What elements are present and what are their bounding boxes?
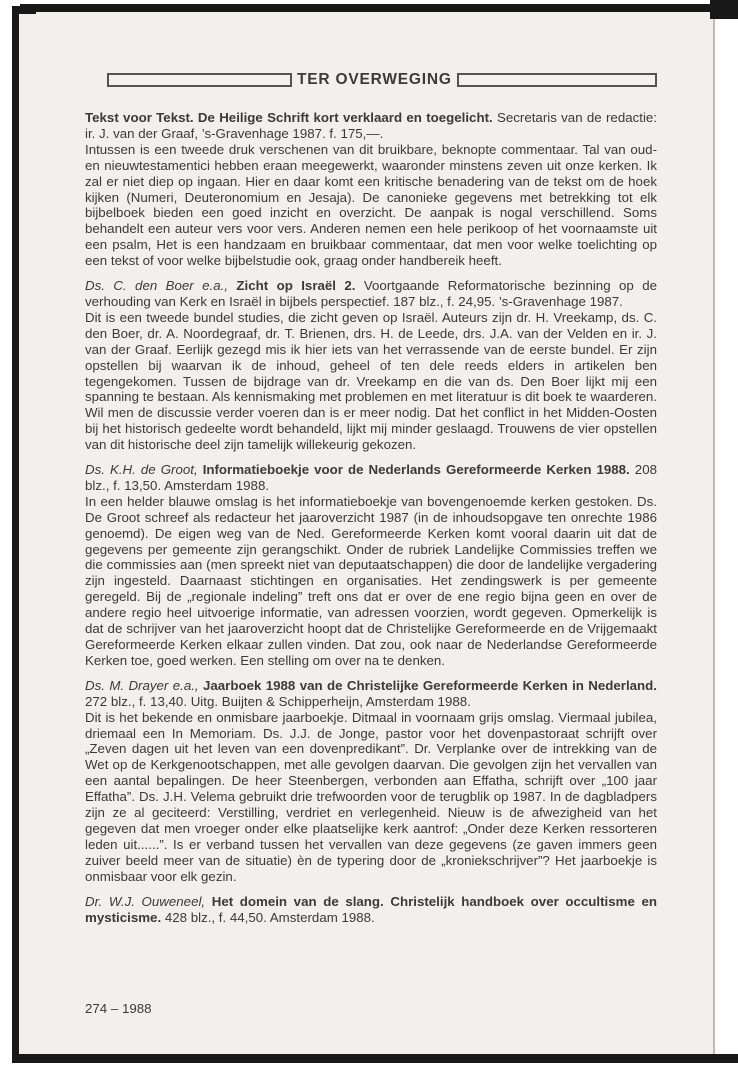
review-body: Intussen is een tweede druk verschenen v…: [85, 142, 657, 269]
citation-italic-run: Ds. M. Drayer e.a.,: [85, 678, 199, 693]
citation-normal-run: 428 blz., f. 44,50. Amsterdam 1988.: [161, 910, 375, 925]
review: Dr. W.J. Ouweneel, Het domein van de sla…: [85, 894, 657, 926]
review-citation: Tekst voor Tekst. De Heilige Schrift kor…: [85, 110, 657, 142]
section-title: TER OVERWEGING: [297, 72, 452, 88]
review-citation: Ds. C. den Boer e.a., Zicht op Israël 2.…: [85, 278, 657, 310]
citation-italic-run: Ds. C. den Boer e.a.,: [85, 278, 228, 293]
page-number: 274 – 1988: [85, 1001, 152, 1016]
scan-edge-bottom: [12, 1054, 738, 1063]
scan-edge-left: [12, 9, 19, 1060]
citation-bold-run: Informatieboekje voor de Nederlands Gere…: [198, 462, 630, 477]
review-body: Dit is het bekende en onmisbare jaarboek…: [85, 710, 657, 885]
review-body: Dit is een tweede bundel studies, die zi…: [85, 310, 657, 453]
page-content: TER OVERWEGING Tekst voor Tekst. De Heil…: [85, 71, 657, 934]
review: Ds. M. Drayer e.a., Jaarboek 1988 van de…: [85, 678, 657, 885]
section-header: TER OVERWEGING: [85, 71, 657, 89]
citation-normal-run: 272 blz., f. 13,40. Uitg. Buijten & Schi…: [85, 694, 471, 709]
citation-italic-run: Ds. K.H. de Groot,: [85, 462, 198, 477]
citation-italic-run: Dr. W.J. Ouweneel,: [85, 894, 205, 909]
header-rule-box-right: [457, 73, 657, 87]
review-list: Tekst voor Tekst. De Heilige Schrift kor…: [85, 110, 657, 925]
review: Tekst voor Tekst. De Heilige Schrift kor…: [85, 110, 657, 269]
review: Ds. C. den Boer e.a., Zicht op Israël 2.…: [85, 278, 657, 453]
scanned-page: TER OVERWEGING Tekst voor Tekst. De Heil…: [0, 0, 738, 1068]
review-citation: Ds. M. Drayer e.a., Jaarboek 1988 van de…: [85, 678, 657, 710]
page-footer: 274 – 1988: [85, 1001, 152, 1016]
review-body: In een helder blauwe omslag is het infor…: [85, 494, 657, 669]
review-citation: Dr. W.J. Ouweneel, Het domein van de sla…: [85, 894, 657, 926]
scan-edge-top-right: [710, 0, 738, 19]
scan-edge-top: [20, 4, 738, 12]
review: Ds. K.H. de Groot, Informatieboekje voor…: [85, 462, 657, 669]
header-rule-box-left: [107, 73, 292, 87]
review-citation: Ds. K.H. de Groot, Informatieboekje voor…: [85, 462, 657, 494]
citation-bold-run: Jaarboek 1988 van de Christelijke Gerefo…: [199, 678, 657, 693]
citation-bold-run: Zicht op Israël 2.: [228, 278, 355, 293]
citation-bold-run: Tekst voor Tekst. De Heilige Schrift kor…: [85, 110, 493, 125]
